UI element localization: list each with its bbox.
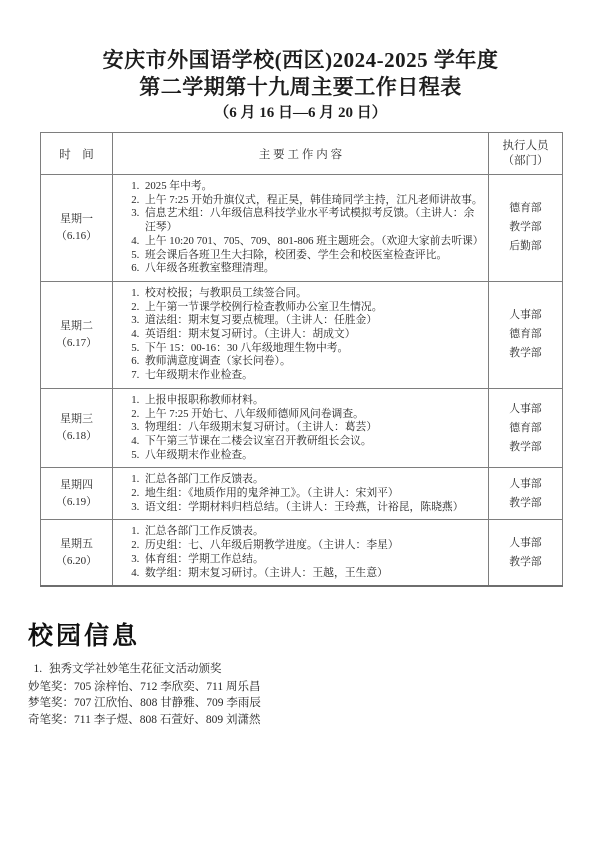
page-title-line2: 第二学期第十九周主要工作日程表 — [0, 74, 601, 101]
document-page: 安庆市外国语学校(西区)2024-2025 学年度 第二学期第十九周主要工作日程… — [0, 0, 601, 850]
page-title-date-range: （6 月 16 日—6 月 20 日） — [0, 103, 601, 123]
executor-department: 德育部 — [489, 199, 562, 218]
work-item: 汇总各部门工作反馈表。 — [142, 473, 484, 487]
work-items-list: 2025 年中考。上午 7:25 开始升旗仪式，程正昊，韩佳琦同学主持，江凡老师… — [142, 180, 484, 276]
title-block: 安庆市外国语学校(西区)2024-2025 学年度 第二学期第十九周主要工作日程… — [0, 47, 601, 123]
content-cell-monday: 2025 年中考。上午 7:25 开始升旗仪式，程正昊，韩佳琦同学主持，江凡老师… — [113, 175, 489, 282]
campus-award-lines: 妙笔奖：705 涂梓怡、712 李欣奕、711 周乐昌梦笔奖：707 江欣怡、8… — [28, 679, 601, 729]
work-item: 语文组：学期材料归档总结。（主讲人：王玲燕，计裕昆，陈晓燕） — [142, 501, 484, 515]
work-item: 八年级期末作业检查。 — [142, 449, 484, 463]
day-cell-monday: 星期一 （6.16） — [41, 175, 113, 282]
work-items-list: 汇总各部门工作反馈表。地生组：《地质作用的鬼斧神工》。（主讲人：宋刘平）语文组：… — [142, 473, 484, 514]
header-executor-line1: 执行人员 — [489, 139, 562, 154]
header-executor-line2: （部门） — [489, 154, 562, 169]
day-label: 星期二 — [41, 318, 112, 335]
work-item: 上午 7:25 开始七、八年级师德师风问卷调查。 — [142, 408, 484, 422]
work-item: 上报申报职称教师材料。 — [142, 394, 484, 408]
day-cell-friday: 星期五 （6.20） — [41, 520, 113, 586]
day-cell-wednesday: 星期三 （6.18） — [41, 388, 113, 468]
work-item: 八年级各班教室整理清理。 — [142, 262, 484, 276]
work-item: 物理组：八年级期末复习研讨。（主讲人：葛芸） — [142, 421, 484, 435]
table-row-wednesday: 星期三 （6.18） 上报申报职称教师材料。上午 7:25 开始七、八年级师德师… — [41, 388, 563, 468]
work-items-list: 汇总各部门工作反馈表。历史组：七、八年级后期教学进度。（主讲人：李星）体育组：学… — [142, 525, 484, 580]
day-date: （6.20） — [41, 553, 112, 570]
table-row-friday: 星期五 （6.20） 汇总各部门工作反馈表。历史组：七、八年级后期教学进度。（主… — [41, 520, 563, 586]
executor-department: 德育部 — [489, 325, 562, 344]
work-item: 道法组：期末复习要点梳理。（主讲人：任胜金） — [142, 314, 484, 328]
table-row-tuesday: 星期二 （6.17） 校对校报；与教职员工续签合同。上午第一节课学校例行检查教师… — [41, 281, 563, 388]
content-cell-wednesday: 上报申报职称教师材料。上午 7:25 开始七、八年级师德师风问卷调查。物理组：八… — [113, 388, 489, 468]
executor-department: 教学部 — [489, 438, 562, 457]
header-content: 主 要 工 作 内 容 — [113, 133, 489, 175]
work-items-list: 上报申报职称教师材料。上午 7:25 开始七、八年级师德师风问卷调查。物理组：八… — [142, 394, 484, 463]
executor-department: 教学部 — [489, 494, 562, 513]
campus-info-items: 独秀文学社妙笔生花征文活动颁奖 — [45, 661, 601, 678]
page-title-line1: 安庆市外国语学校(西区)2024-2025 学年度 — [0, 47, 601, 74]
work-item: 2025 年中考。 — [142, 180, 484, 194]
executor-department: 人事部 — [489, 306, 562, 325]
work-item: 信息艺术组：八年级信息科技学业水平考试模拟考反馈。（主讲人：余汪琴） — [142, 207, 484, 234]
work-item: 下午第三节课在二楼会议室召开教研组长会议。 — [142, 435, 484, 449]
executor-cell-wednesday: 人事部德育部教学部 — [489, 388, 563, 468]
work-item: 校对校报；与教职员工续签合同。 — [142, 287, 484, 301]
header-executor: 执行人员 （部门） — [489, 133, 563, 175]
work-item: 下午 15：00-16：30 八年级地理生物中考。 — [142, 342, 484, 356]
campus-info-section: 校园信息 独秀文学社妙笔生花征文活动颁奖 妙笔奖：705 涂梓怡、712 李欣奕… — [28, 621, 601, 728]
executor-department: 人事部 — [489, 400, 562, 419]
day-label: 星期四 — [41, 477, 112, 494]
award-line: 梦笔奖：707 江欣怡、808 甘静雅、709 李雨辰 — [28, 695, 601, 712]
day-date: （6.17） — [41, 335, 112, 352]
work-item: 汇总各部门工作反馈表。 — [142, 525, 484, 539]
work-item: 班会课后各班卫生大扫除，校团委、学生会和校医室检查评比。 — [142, 249, 484, 263]
work-item: 历史组：七、八年级后期教学进度。（主讲人：李星） — [142, 539, 484, 553]
day-date: （6.16） — [41, 228, 112, 245]
work-item: 地生组：《地质作用的鬼斧神工》。（主讲人：宋刘平） — [142, 487, 484, 501]
day-label: 星期三 — [41, 411, 112, 428]
executor-department: 后勤部 — [489, 237, 562, 256]
table-row-monday: 星期一 （6.16） 2025 年中考。上午 7:25 开始升旗仪式，程正昊，韩… — [41, 175, 563, 282]
award-line: 奇笔奖：711 李子煜、808 石萱好、809 刘潇然 — [28, 712, 601, 729]
table-row-thursday: 星期四 （6.19） 汇总各部门工作反馈表。地生组：《地质作用的鬼斧神工》。（主… — [41, 468, 563, 520]
work-item: 教师满意度调查（家长问卷）。 — [142, 355, 484, 369]
executor-department: 教学部 — [489, 344, 562, 363]
schedule-table: 时 间 主 要 工 作 内 容 执行人员 （部门） 星期一 （6.16） 202… — [40, 132, 563, 587]
content-cell-tuesday: 校对校报；与教职员工续签合同。上午第一节课学校例行检查教师办公室卫生情况。道法组… — [113, 281, 489, 388]
day-label: 星期五 — [41, 536, 112, 553]
work-item: 体育组：学期工作总结。 — [142, 553, 484, 567]
day-date: （6.19） — [41, 494, 112, 511]
work-item: 上午 7:25 开始升旗仪式，程正昊，韩佳琦同学主持，江凡老师讲故事。 — [142, 194, 484, 208]
campus-info-item: 独秀文学社妙笔生花征文活动颁奖 — [45, 661, 601, 678]
executor-department: 教学部 — [489, 553, 562, 572]
day-date: （6.18） — [41, 428, 112, 445]
content-cell-friday: 汇总各部门工作反馈表。历史组：七、八年级后期教学进度。（主讲人：李星）体育组：学… — [113, 520, 489, 586]
executor-department: 人事部 — [489, 475, 562, 494]
work-item: 上午 10:20 701、705、709、801-806 班主题班会。（欢迎大家… — [142, 235, 484, 249]
day-cell-thursday: 星期四 （6.19） — [41, 468, 113, 520]
executor-department: 教学部 — [489, 218, 562, 237]
executor-cell-monday: 德育部教学部后勤部 — [489, 175, 563, 282]
work-item: 七年级期末作业检查。 — [142, 369, 484, 383]
work-item: 数学组：期末复习研讨。（主讲人：王越，王生意） — [142, 567, 484, 581]
table-header-row: 时 间 主 要 工 作 内 容 执行人员 （部门） — [41, 133, 563, 175]
executor-department: 人事部 — [489, 534, 562, 553]
work-item: 英语组：期末复习研讨。（主讲人：胡成文） — [142, 328, 484, 342]
executor-cell-thursday: 人事部教学部 — [489, 468, 563, 520]
executor-cell-tuesday: 人事部德育部教学部 — [489, 281, 563, 388]
award-line: 妙笔奖：705 涂梓怡、712 李欣奕、711 周乐昌 — [28, 679, 601, 696]
executor-cell-friday: 人事部教学部 — [489, 520, 563, 586]
campus-info-heading: 校园信息 — [28, 621, 601, 653]
header-time: 时 间 — [41, 133, 113, 175]
day-cell-tuesday: 星期二 （6.17） — [41, 281, 113, 388]
work-items-list: 校对校报；与教职员工续签合同。上午第一节课学校例行检查教师办公室卫生情况。道法组… — [142, 287, 484, 383]
day-label: 星期一 — [41, 211, 112, 228]
content-cell-thursday: 汇总各部门工作反馈表。地生组：《地质作用的鬼斧神工》。（主讲人：宋刘平）语文组：… — [113, 468, 489, 520]
executor-department: 德育部 — [489, 419, 562, 438]
work-item: 上午第一节课学校例行检查教师办公室卫生情况。 — [142, 301, 484, 315]
